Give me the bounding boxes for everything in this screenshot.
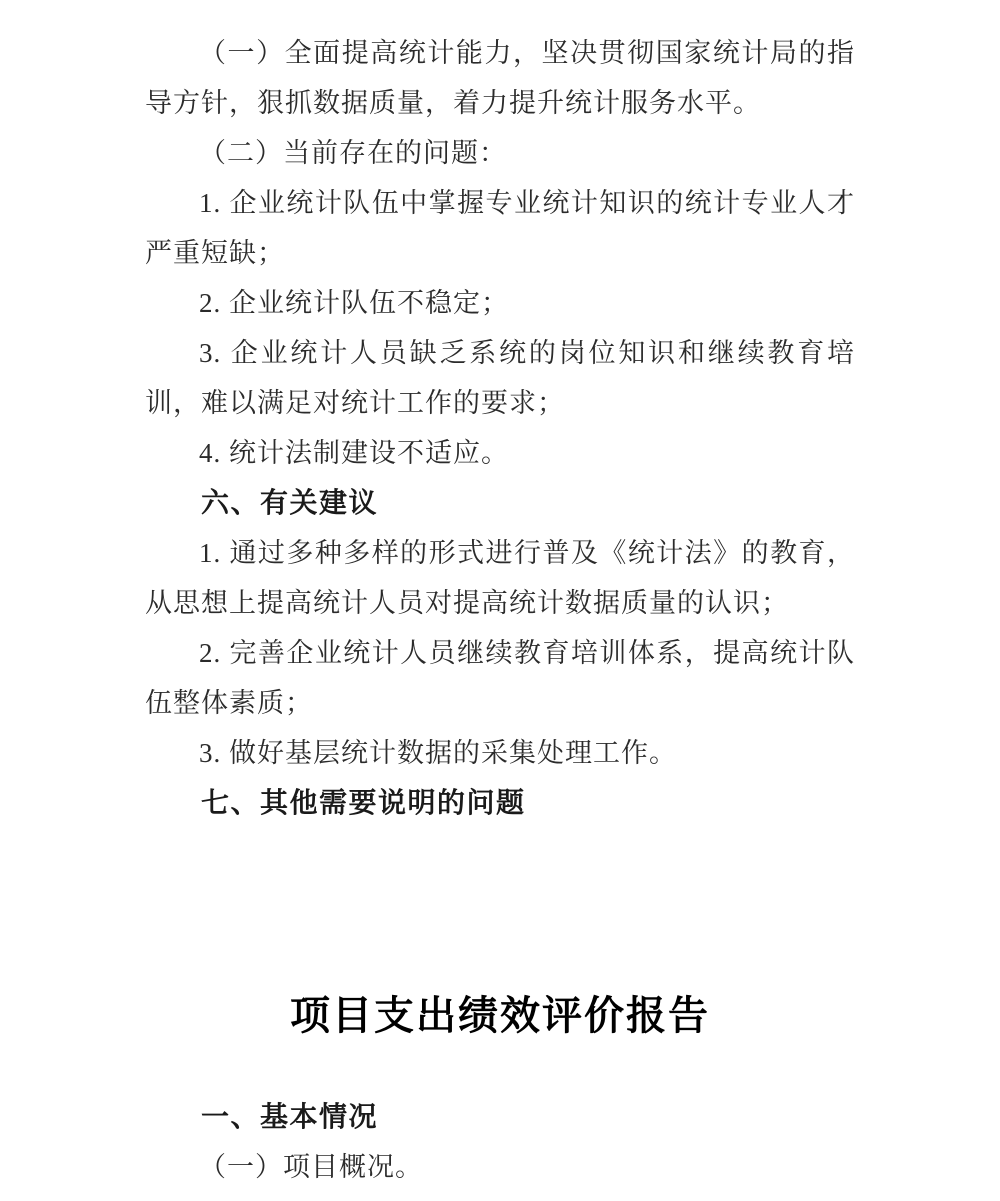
document-content: （一）全面提高统计能力，坚决贯彻国家统计局的指导方针，狠抓数据质量，着力提升统计… [0,0,1000,1192]
problem-item-4: 4. 统计法制建设不适应。 [145,428,855,478]
report-title: 项目支出绩效评价报告 [145,988,855,1044]
suggestion-item-2: 2. 完善企业统计人员继续教育培训体系，提高统计队伍整体素质； [145,628,855,728]
subsection-project-overview: （一）项目概况。 [145,1142,855,1192]
paragraph-capability: （一）全面提高统计能力，坚决贯彻国家统计局的指导方针，狠抓数据质量，着力提升统计… [145,28,855,128]
problem-item-1: 1. 企业统计队伍中掌握专业统计知识的统计专业人才严重短缺； [145,178,855,278]
section-heading-suggestions: 六、有关建议 [145,478,855,528]
suggestion-item-1: 1. 通过多种多样的形式进行普及《统计法》的教育，从思想上提高统计人员对提高统计… [145,528,855,628]
suggestion-item-3: 3. 做好基层统计数据的采集处理工作。 [145,728,855,778]
paragraph-current-problems-heading: （二）当前存在的问题： [145,128,855,178]
section-heading-other-issues: 七、其他需要说明的问题 [145,778,855,828]
problem-item-3: 3. 企业统计人员缺乏系统的岗位知识和继续教育培训，难以满足对统计工作的要求； [145,328,855,428]
section-heading-basic-info: 一、基本情况 [145,1092,855,1142]
document-page: （一）全面提高统计能力，坚决贯彻国家统计局的指导方针，狠抓数据质量，着力提升统计… [0,0,1000,1201]
problem-item-2: 2. 企业统计队伍不稳定； [145,278,855,328]
